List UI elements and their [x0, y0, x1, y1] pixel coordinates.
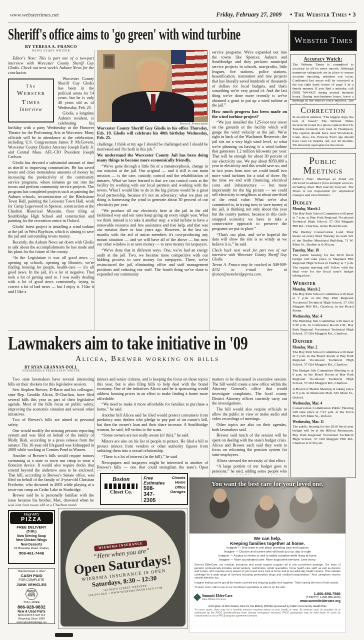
interview-box-line: Interview [9, 108, 53, 114]
accuracy-watch-title: Accuracy Watch: [293, 57, 354, 63]
column-divider [209, 377, 210, 477]
meeting-text: The public hearing for the 2010 fiscal b… [293, 253, 354, 278]
article1-paragraph: Glodis has devoted a substantial amount … [8, 161, 94, 224]
interview-box-line: Webster [9, 89, 53, 98]
meeting-item: The Budget Sub Committee Meeting is at 6… [293, 368, 354, 385]
boston-closet-brand2: Closet Co. [103, 490, 140, 496]
interview-box: The Webster Times Interview [8, 78, 54, 122]
eldercare-logo-icon [193, 594, 201, 602]
article2-column3: matters to be discussed in executive ses… [212, 377, 287, 475]
meeting-text: Conservation Commission Public Hearing w… [293, 406, 354, 418]
article2-paragraph: matters to be discussed in executive ses… [212, 377, 287, 406]
article1-paragraph: “In the Legislature it was all good news… [8, 255, 94, 294]
article2-paragraph: Sen. Stephen Brewer, D-Barre and his col… [8, 388, 94, 417]
ad-service: Garages [165, 490, 186, 495]
meeting-text: The public hearing for the 2010 fiscal y… [293, 424, 354, 445]
correction-box: Correction In an article entitled, “The … [290, 104, 356, 149]
ad-line: CASH PAID [10, 574, 54, 579]
article2-paragraph: Two state lawmakers have several interes… [8, 377, 94, 387]
eldercare-headline: You want the best care for your loved on… [190, 481, 346, 489]
ad-website: www.rapcoautosalvage.net [10, 621, 54, 624]
ad-phone: 508-461-7448 [10, 551, 53, 556]
wiersma-ad-background: WIERSMA INSURANCE “Here when you are” Op… [61, 511, 186, 627]
article1-column1: Editor's Note: This is part one of a two… [8, 56, 94, 330]
column-divider [94, 50, 95, 330]
eldercare-imagine: Imagine — More coordinated care. More su… [195, 558, 341, 562]
ad-offer: Free Estimates [144, 476, 165, 486]
ad-wiersma-insurance: WIERSMA INSURANCE “Here when you are” Op… [58, 508, 188, 629]
public-meetings-note: Editor's Note: Meetings as listed are re… [293, 177, 354, 197]
article2-paragraph: Alicea stressed the necessity of that ef… [212, 458, 287, 463]
article2-column2: minors and senior citizens, and is keepi… [97, 377, 208, 471]
masthead-edition: • The Webster Times • 3 [290, 11, 356, 18]
auto-parts-logo: RAPCO AUTO PARTS [26, 588, 38, 600]
meeting-text: The Bay Path School Committee will meet … [293, 292, 354, 313]
article2-subhead: Alicea, Brewer working on bills [8, 355, 287, 364]
eldercare-cta: To learn more, talk to one of our enroll… [195, 586, 341, 589]
meeting-item: Monday, March 2The Bay Path School Commi… [293, 288, 354, 313]
article1-paragraph: Glodis' latest project is installing a w… [8, 224, 94, 239]
ad-service: Home Office [165, 480, 186, 489]
article2-paragraph: Two of Brewer's bills are aimed at perso… [8, 418, 94, 428]
article2-headline: Lawmakers aim to take initiative in '09 [8, 333, 248, 355]
pizza-logo: Magi Alli's PIZZA [10, 512, 53, 524]
column-divider [209, 50, 210, 330]
public-meetings-title: Public Meetings [293, 157, 354, 176]
ad-address: 23 Braeside Road, Dudley [10, 547, 53, 550]
ad-line: New & Used Parts [10, 610, 54, 614]
interview-box-line: Times [9, 97, 53, 106]
boston-closet-brand: Boston [103, 476, 140, 484]
article1-paragraph: challenge. I think at my age I should be… [97, 142, 208, 152]
article2-paragraph: Brewer said much of the session will be … [212, 433, 287, 457]
ad-junk-vehicles: “Wanted Dead or Alive” CASH PAID FOR COM… [8, 568, 55, 624]
meeting-text: The Building Sub Committee will meet at … [293, 319, 354, 335]
masthead-right: Friday, February 27, 2009 • The Webster … [216, 11, 356, 19]
masthead-date: Friday, February 27, 2009 [216, 11, 281, 18]
ad-boston-closet: Boston Closet Co. Free Estimates 508-347… [100, 473, 188, 505]
eldercare-brand-tagline: Care Where You Live [202, 598, 232, 601]
article1-paragraph: “We just installed the 125-foot test tow… [212, 120, 287, 231]
correction-body: In an article entitled, “The biggest dog… [293, 115, 354, 147]
pizza-brand: PIZZA [10, 517, 53, 523]
article2-paragraph: One would modify the missing persons rep… [8, 428, 94, 452]
article2-paragraph: Brewer said he is personally familiar wi… [8, 493, 94, 506]
article2-byline: BY RYAN GRANNAN-DOLL STONEBRIDGE PRESS S… [8, 365, 94, 373]
ad-line: FOR COMPLETE [10, 579, 54, 583]
meeting-text: The Budget Sub Committee Meeting is at 6… [293, 368, 354, 384]
ad-pizza: Magi Alli's PIZZA FREE DELIVERY (5 MI.) … [8, 510, 55, 564]
meeting-item: Wednesday, Mar. 4Conservation Commission… [293, 401, 354, 418]
editors-note: Editor's Note: This is part one of a two… [8, 56, 94, 75]
town-heading-webster: Webster [293, 281, 354, 287]
us-flag-canton [171, 50, 186, 64]
eldercare-website: www.summiteldercare.org [300, 600, 341, 604]
webster-times-logo: Webster Times [290, 30, 357, 51]
meeting-item: The Dudley Conservation Land Trust meets… [293, 230, 354, 247]
article1-paragraph: “We've gone through a little bit of a me… [97, 164, 208, 208]
eldercare-logo: Summit ElderCare Care Where You Live [195, 594, 233, 602]
skyline-icon [105, 484, 138, 490]
eldercare-pace: A Program of All-Inclusive Care for the … [195, 605, 341, 608]
rail-divider [288, 24, 289, 480]
eldercare-photo: You want the best care for your loved on… [190, 478, 346, 534]
eldercare-disclaimer: *In some cases, there may be a monthly p… [195, 609, 341, 618]
article1-tagline: Check back next week for part two of our… [212, 248, 287, 262]
meeting-item: Monday, Mar. 2The Bay Path School Commit… [293, 346, 354, 367]
article2-paragraph: Other topics are also on their agendas, … [212, 423, 287, 433]
eldercare-body: Imagine finding you've got all the bases… [195, 581, 341, 584]
boston-closet-logo: Boston Closet Co. [103, 476, 142, 503]
sheriff-photo [97, 50, 208, 122]
meeting-text: The Bay Path School Committee will meet … [293, 211, 354, 227]
byline-role: STONEBRIDGE PRESS STAFF WRITER [8, 370, 94, 373]
sheriff-face [138, 61, 167, 94]
article1-column3: service programs. We're expanded out int… [212, 50, 287, 330]
column-divider [94, 377, 95, 477]
ad-line: New Chicken Wings [10, 539, 53, 543]
eldercare-body: Summit ElderCare, our medical, insurance… [195, 564, 341, 580]
article2-paragraph: “We need to make it more affordable for … [97, 402, 208, 412]
article1-headline: Sheriff's office aims to 'go green' with… [8, 25, 241, 44]
ad-phone: 508-347-2305 [144, 486, 165, 504]
meeting-text: The Bay Path School Committee will meet … [293, 350, 354, 366]
article-separator-rule [8, 330, 288, 331]
article2-paragraph: “A large portion of our budget goes to p… [212, 464, 287, 475]
meeting-text: The Dudley Conservation Land Trust meets… [293, 230, 354, 246]
ad-summit-eldercare: You want the best care for your loved on… [189, 477, 346, 633]
sheriff-tie [151, 94, 156, 111]
article1-paragraph: “That's our plan, and we're hopeful the … [212, 232, 287, 247]
article1-paragraph: “We produce all our electricity here at … [97, 208, 208, 247]
article1-byline: BY TERESA A. FRANCO NEWS STAFF WRITER [8, 44, 94, 53]
meeting-item: Wednesday, Mar. 11The public hearing for… [293, 420, 354, 445]
article2-paragraph: Minors are also on his list of people to… [97, 439, 208, 454]
accuracy-watch-box: Accuracy Watch: The Webster Times is com… [290, 54, 356, 100]
ad-phone: 866-928-9832 [10, 605, 54, 610]
newspaper-page: www.webstertimes.net Friday, February 27… [0, 0, 364, 640]
meeting-text: A Board of Health Meeting is taking plac… [293, 387, 354, 399]
article1-paragraph: Recently, the Auburn News sat down with … [8, 240, 94, 255]
byline-role: NEWS STAFF WRITER [8, 49, 94, 53]
article1-paragraph: “We've done that in different ways. One,… [97, 248, 208, 277]
article2-paragraph: minors and senior citizens, and is keepi… [97, 377, 208, 401]
ad-line: (5 MI.) [10, 530, 53, 534]
meeting-item: Tuesday, Mar. 10The public hearing for t… [293, 249, 354, 278]
ad-line: New Desserts [10, 543, 53, 547]
article1-contact: Teresa A. Franco may be reached at 508-9… [212, 263, 287, 277]
wall-frame [103, 54, 115, 69]
town-heading-oxford: Oxford [293, 339, 354, 345]
article1-paragraph: service programs. We're expanded out int… [212, 50, 287, 108]
correction-title: Correction [293, 107, 354, 115]
ad-line: FREE DELIVERY [10, 525, 53, 530]
ad-line: Now Serving Soup [10, 534, 53, 538]
masthead-url: www.webstertimes.net [10, 12, 59, 18]
photo-caption: Worcester County Sheriff Guy Glodis in h… [97, 126, 208, 140]
town-heading-dudley: Dudley [293, 200, 354, 206]
masthead-rule [8, 22, 356, 23]
meeting-item: Monday, March 2The Bay Path School Commi… [293, 207, 354, 228]
article2-paragraph: The bill would also require officials to… [212, 407, 287, 422]
scan-artifact [55, 633, 73, 637]
photo-person-face [260, 496, 274, 511]
ad-line: JUNK VEHICLES [10, 583, 54, 588]
photo-person-face [296, 487, 313, 504]
meeting-item: Wednesday, Mar. 4The Building Sub Commit… [293, 315, 354, 336]
article2-paragraph: “Some owners are not really aware (of th… [97, 433, 208, 438]
article2-column1: Two state lawmakers have several interes… [8, 377, 94, 506]
accuracy-watch-body: The Webster Times is committed to accura… [293, 63, 354, 107]
meeting-item: A Board of Health Meeting is taking plac… [293, 387, 354, 399]
wiersma-ad-oval: WIERSMA INSURANCE “Here when you are” Op… [61, 511, 186, 627]
interview-question: How much progress has been made on the w… [212, 109, 287, 119]
article2-paragraph: Newspapers and taxpayers might be intere… [97, 460, 208, 471]
photo-person-face [214, 489, 227, 503]
article2-paragraph: Another bill Alicea said he filed would … [97, 413, 208, 432]
interview-question: We understand the Worcester County Jail … [97, 153, 208, 163]
article2-paragraph: “There is a lot of interest (in the bill… [97, 455, 208, 460]
article2-paragraph: Another of Brewer's bills would require … [8, 454, 94, 493]
article1-column2: Teresa A. Franco photo Worcester County … [97, 50, 208, 330]
public-meetings-box: Public Meetings Editor's Note: Meetings … [290, 153, 356, 478]
